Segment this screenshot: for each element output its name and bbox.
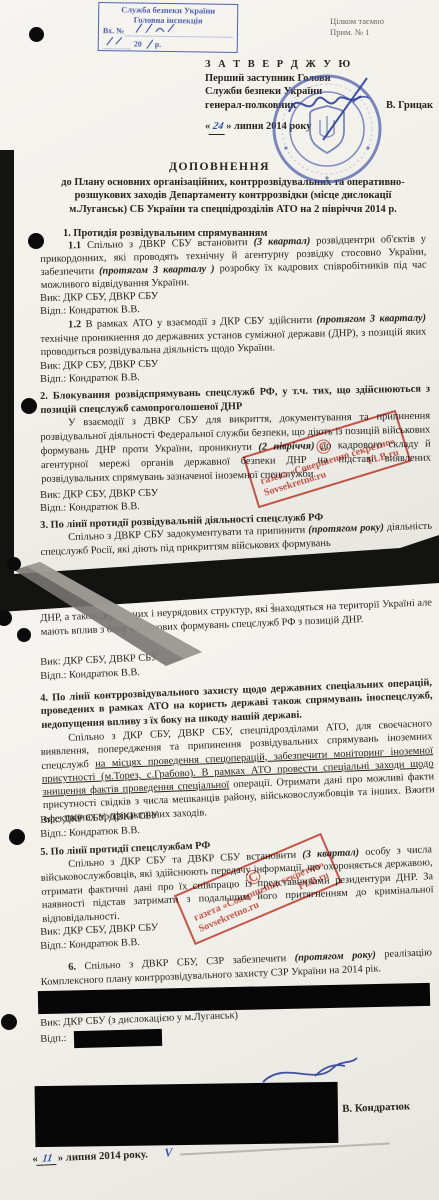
scanned-document-photo: { "colors": {"ink_blue": "#3e52ae", "han…	[0, 0, 439, 1200]
classification-block: Цілком таємно Прим. № 1	[330, 16, 384, 38]
handwritten-year-icon	[145, 39, 155, 50]
classification-level: Цілком таємно	[330, 16, 384, 27]
handwritten-day-icon	[105, 35, 127, 47]
footer-date-rest: » липня 2014 року.	[57, 1148, 148, 1164]
punch-hole	[9, 829, 25, 845]
handwritten-day: 24	[209, 120, 228, 135]
punch-hole	[21, 398, 37, 414]
registry-year-suffix: р.	[155, 40, 162, 50]
redaction-block	[35, 1082, 339, 1147]
handwritten-number-icon	[132, 23, 178, 36]
paragraph-1-2: 1.2 В рамках АТО у взаємодії з ДКР СБУ з…	[40, 312, 427, 360]
approver-name: В. Грицак	[386, 99, 433, 113]
copy-number: Прим. № 1	[330, 27, 384, 38]
paragraph-1-1: 1.1 Спільно з ДВКР СБУ встановити (3 ква…	[40, 234, 427, 293]
punch-hole	[7, 557, 21, 571]
handwritten-day: 11	[37, 1152, 59, 1166]
punch-hole	[17, 628, 31, 642]
redaction-bar	[74, 1029, 162, 1048]
registry-year-prefix: 20	[134, 40, 142, 50]
punch-hole	[1, 1014, 17, 1030]
punch-hole	[29, 27, 44, 42]
gritsak-signature-icon	[283, 72, 393, 147]
check-mark-icon: V	[164, 1145, 173, 1159]
page-number: 2	[270, 601, 275, 611]
page-edge-shadow	[6, 560, 206, 670]
registry-stamp: Служба безпеки України Головна інспекція…	[98, 2, 239, 53]
punch-hole	[28, 233, 44, 249]
